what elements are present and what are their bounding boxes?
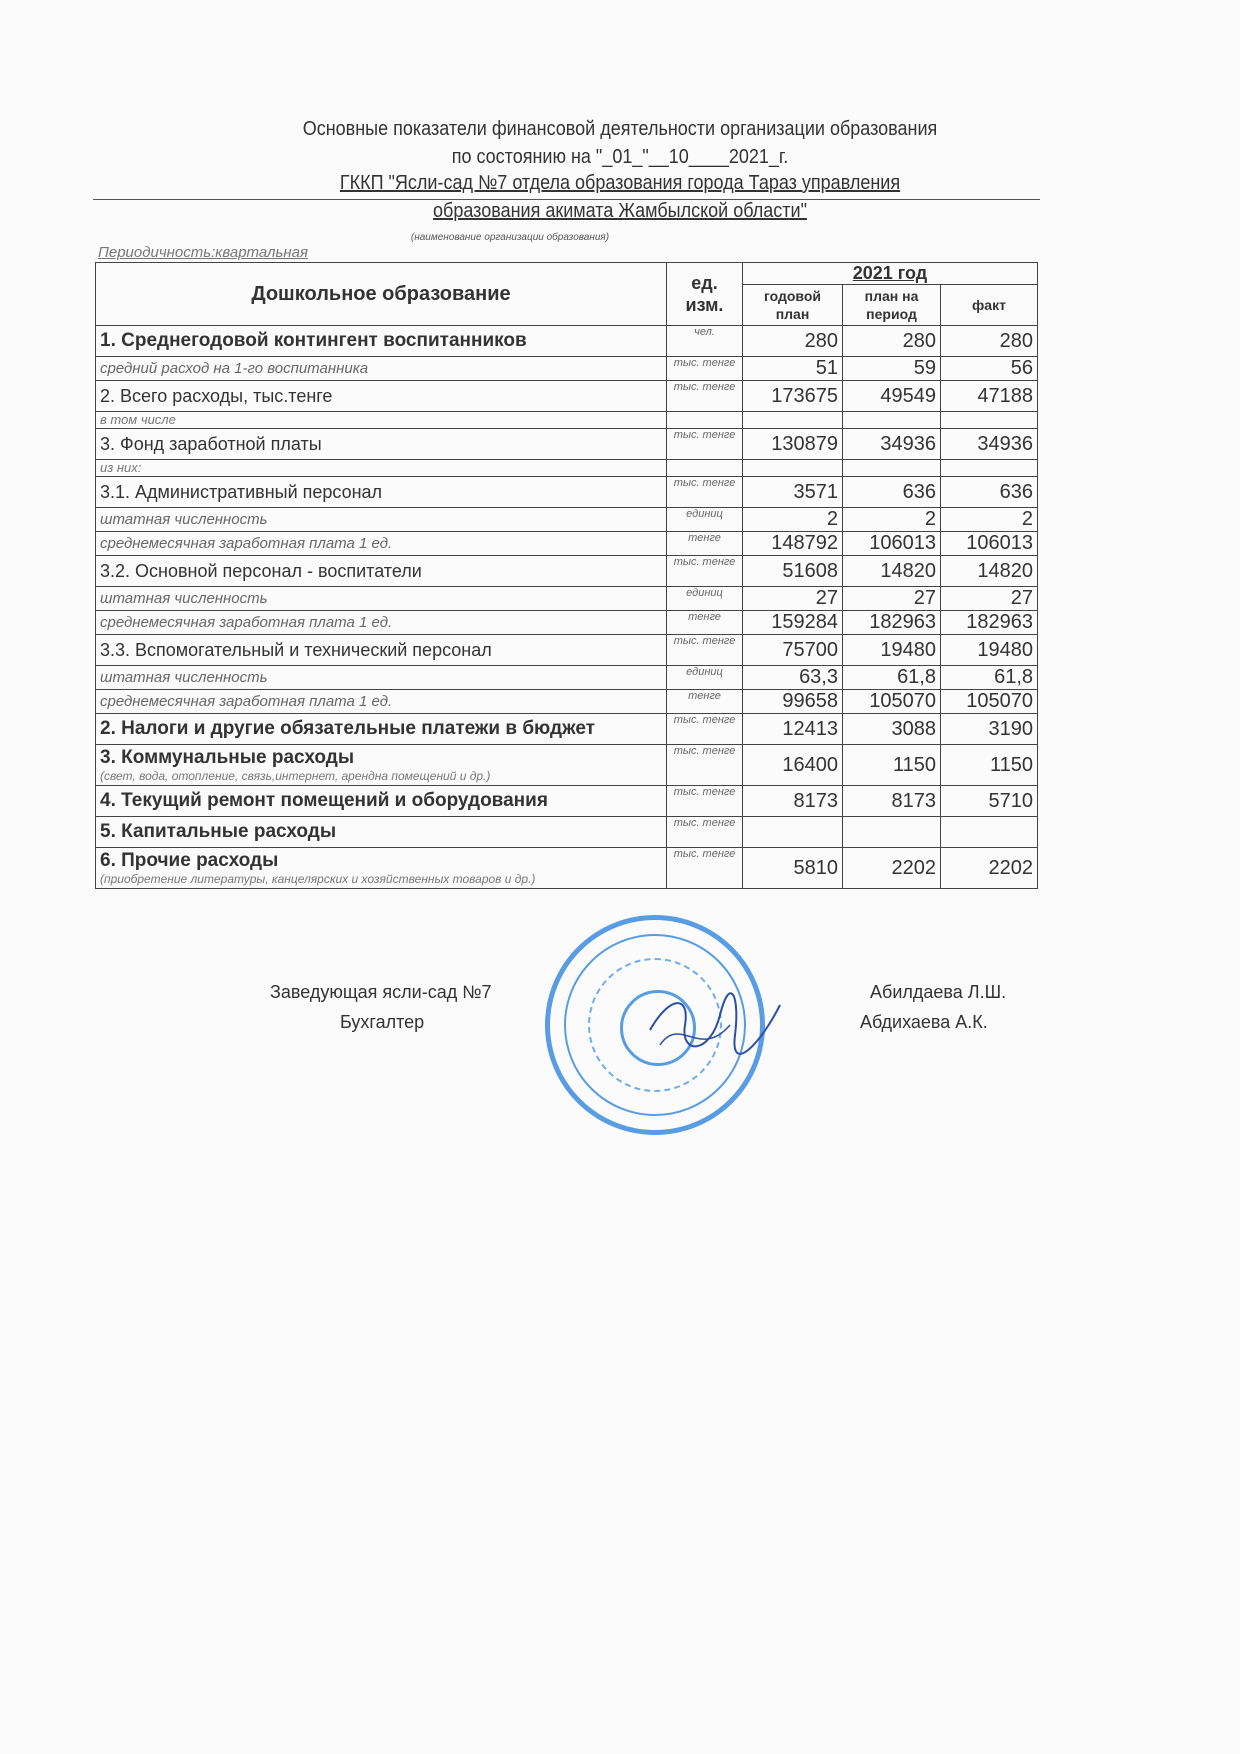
row-unit: тыс. тенге (667, 477, 743, 508)
head-title: Заведующая ясли-сад №7 (270, 982, 492, 1003)
cell-period-plan: 14820 (843, 556, 941, 587)
cell-fact: 56 (941, 357, 1038, 381)
cell-fact: 3190 (941, 714, 1038, 745)
table-row: 5. Капитальные расходытыс. тенге (96, 817, 1038, 848)
row-label: из них: (96, 460, 667, 477)
head-name: Абилдаева Л.Ш. (870, 982, 1006, 1003)
row-unit: тыс. тенге (667, 714, 743, 745)
table-row: штатная численностьединиц63,361,861,8 (96, 666, 1038, 690)
row-label: 3. Фонд заработной платы (96, 429, 667, 460)
row-unit: тенге (667, 532, 743, 556)
row-unit: тыс. тенге (667, 635, 743, 666)
cell-fact: 106013 (941, 532, 1038, 556)
row-label: 4. Текущий ремонт помещений и оборудован… (96, 786, 667, 817)
cell-fact (941, 460, 1038, 477)
cell-fact: 105070 (941, 690, 1038, 714)
accountant-title: Бухгалтер (340, 1012, 424, 1033)
periodicity: Периодичность:квартальная (98, 244, 308, 261)
cell-fact (941, 817, 1038, 848)
cell-annual-plan: 51 (743, 357, 843, 381)
organization-caption: (наименование организации образования) (0, 232, 1010, 243)
table-row: 4. Текущий ремонт помещений и оборудован… (96, 786, 1038, 817)
cell-fact: 19480 (941, 635, 1038, 666)
table-row: 3.3. Вспомогательный и технический персо… (96, 635, 1038, 666)
table-row: в том числе (96, 412, 1038, 429)
row-unit: единиц (667, 587, 743, 611)
row-unit: единиц (667, 666, 743, 690)
cell-annual-plan (743, 412, 843, 429)
cell-annual-plan: 51608 (743, 556, 843, 587)
row-label: 3. Коммунальные расходы(свет, вода, отоп… (96, 745, 667, 786)
cell-annual-plan: 27 (743, 587, 843, 611)
cell-annual-plan: 5810 (743, 848, 843, 889)
row-label: 3.1. Административный персонал (96, 477, 667, 508)
row-label: штатная численность (96, 587, 667, 611)
table-row: 3.2. Основной персонал - воспитателитыс.… (96, 556, 1038, 587)
table-row: 2. Всего расходы, тыс.тенгетыс. тенге173… (96, 381, 1038, 412)
cell-annual-plan: 3571 (743, 477, 843, 508)
row-unit: тыс. тенге (667, 786, 743, 817)
header-fact: факт (941, 285, 1038, 326)
cell-period-plan (843, 460, 941, 477)
document-title: Основные показатели финансовой деятельно… (62, 118, 1178, 141)
cell-period-plan: 27 (843, 587, 941, 611)
row-unit: единиц (667, 508, 743, 532)
cell-period-plan: 61,8 (843, 666, 941, 690)
row-label: средний расход на 1-го воспитанника (96, 357, 667, 381)
cell-period-plan: 1150 (843, 745, 941, 786)
cell-fact: 47188 (941, 381, 1038, 412)
accountant-name: Абдихаева А.К. (860, 1012, 988, 1033)
row-unit (667, 412, 743, 429)
cell-fact: 5710 (941, 786, 1038, 817)
cell-fact: 1150 (941, 745, 1038, 786)
row-unit: тыс. тенге (667, 381, 743, 412)
cell-period-plan: 19480 (843, 635, 941, 666)
header-year: 2021 год (743, 263, 1038, 285)
cell-annual-plan: 280 (743, 326, 843, 357)
table-row: 3. Коммунальные расходы(свет, вода, отоп… (96, 745, 1038, 786)
cell-annual-plan: 16400 (743, 745, 843, 786)
row-unit: тыс. тенге (667, 817, 743, 848)
cell-fact: 2 (941, 508, 1038, 532)
row-label: 5. Капитальные расходы (96, 817, 667, 848)
row-label: среднемесячная заработная плата 1 ед. (96, 532, 667, 556)
organization-name-line2: образования акимата Жамбылской области" (62, 200, 1178, 223)
cell-annual-plan: 8173 (743, 786, 843, 817)
table-row: 3.1. Административный персоналтыс. тенге… (96, 477, 1038, 508)
cell-period-plan: 34936 (843, 429, 941, 460)
cell-annual-plan: 159284 (743, 611, 843, 635)
table-row: 6. Прочие расходы(приобретение литератур… (96, 848, 1038, 889)
document-page: Основные показатели финансовой деятельно… (0, 0, 1240, 1754)
header-annual-plan: годовой план (743, 285, 843, 326)
cell-fact: 280 (941, 326, 1038, 357)
cell-period-plan: 105070 (843, 690, 941, 714)
cell-fact: 61,8 (941, 666, 1038, 690)
financial-indicators-table: Дошкольное образование ед. изм. 2021 год… (95, 262, 1038, 889)
cell-period-plan: 2202 (843, 848, 941, 889)
cell-period-plan: 280 (843, 326, 941, 357)
table-row: 1. Среднегодовой контингент воспитаннико… (96, 326, 1038, 357)
row-label: штатная численность (96, 508, 667, 532)
cell-period-plan (843, 817, 941, 848)
table-row: 2. Налоги и другие обязательные платежи … (96, 714, 1038, 745)
signature-icon (640, 975, 790, 1065)
cell-period-plan: 8173 (843, 786, 941, 817)
cell-period-plan: 2 (843, 508, 941, 532)
cell-annual-plan: 12413 (743, 714, 843, 745)
row-label: 3.2. Основной персонал - воспитатели (96, 556, 667, 587)
row-unit: тенге (667, 611, 743, 635)
cell-annual-plan: 99658 (743, 690, 843, 714)
table-row: 3. Фонд заработной платытыс. тенге130879… (96, 429, 1038, 460)
cell-fact: 34936 (941, 429, 1038, 460)
cell-period-plan: 59 (843, 357, 941, 381)
row-label: 2. Налоги и другие обязательные платежи … (96, 714, 667, 745)
row-label: 3.3. Вспомогательный и технический персо… (96, 635, 667, 666)
cell-fact: 636 (941, 477, 1038, 508)
organization-name-line1: ГККП "Ясли-сад №7 отдела образования гор… (62, 172, 1178, 195)
table-row: штатная численностьединиц272727 (96, 587, 1038, 611)
row-unit: тыс. тенге (667, 556, 743, 587)
table-row: среднемесячная заработная плата 1 ед.тен… (96, 611, 1038, 635)
header-unit: ед. изм. (667, 263, 743, 326)
table-row: среднемесячная заработная плата 1 ед.тен… (96, 532, 1038, 556)
row-label: 1. Среднегодовой контингент воспитаннико… (96, 326, 667, 357)
cell-fact (941, 412, 1038, 429)
cell-period-plan: 106013 (843, 532, 941, 556)
row-label: среднемесячная заработная плата 1 ед. (96, 690, 667, 714)
row-unit: тыс. тенге (667, 429, 743, 460)
cell-fact: 2202 (941, 848, 1038, 889)
table-row: среднемесячная заработная плата 1 ед.тен… (96, 690, 1038, 714)
row-label: 2. Всего расходы, тыс.тенге (96, 381, 667, 412)
cell-period-plan: 182963 (843, 611, 941, 635)
cell-annual-plan: 63,3 (743, 666, 843, 690)
cell-period-plan (843, 412, 941, 429)
cell-fact: 182963 (941, 611, 1038, 635)
cell-fact: 27 (941, 587, 1038, 611)
row-unit: чел. (667, 326, 743, 357)
cell-period-plan: 49549 (843, 381, 941, 412)
row-unit: тыс. тенге (667, 848, 743, 889)
cell-annual-plan (743, 460, 843, 477)
cell-annual-plan: 75700 (743, 635, 843, 666)
header-section: Дошкольное образование (96, 263, 667, 326)
row-label: 6. Прочие расходы(приобретение литератур… (96, 848, 667, 889)
row-unit: тыс. тенге (667, 745, 743, 786)
cell-fact: 14820 (941, 556, 1038, 587)
cell-annual-plan: 2 (743, 508, 843, 532)
row-unit: тенге (667, 690, 743, 714)
cell-annual-plan: 173675 (743, 381, 843, 412)
cell-annual-plan (743, 817, 843, 848)
cell-period-plan: 636 (843, 477, 941, 508)
cell-annual-plan: 130879 (743, 429, 843, 460)
table-body: 1. Среднегодовой контингент воспитаннико… (96, 326, 1038, 889)
cell-annual-plan: 148792 (743, 532, 843, 556)
table-row: штатная численностьединиц222 (96, 508, 1038, 532)
header-period-plan: план на период (843, 285, 941, 326)
row-unit: тыс. тенге (667, 357, 743, 381)
table-row: средний расход на 1-го воспитанникатыс. … (96, 357, 1038, 381)
table-row: из них: (96, 460, 1038, 477)
row-unit (667, 460, 743, 477)
row-label: среднемесячная заработная плата 1 ед. (96, 611, 667, 635)
row-label: в том числе (96, 412, 667, 429)
row-label: штатная численность (96, 666, 667, 690)
report-date: по состоянию на "_01_"__10____2021_г. (62, 146, 1178, 169)
cell-period-plan: 3088 (843, 714, 941, 745)
